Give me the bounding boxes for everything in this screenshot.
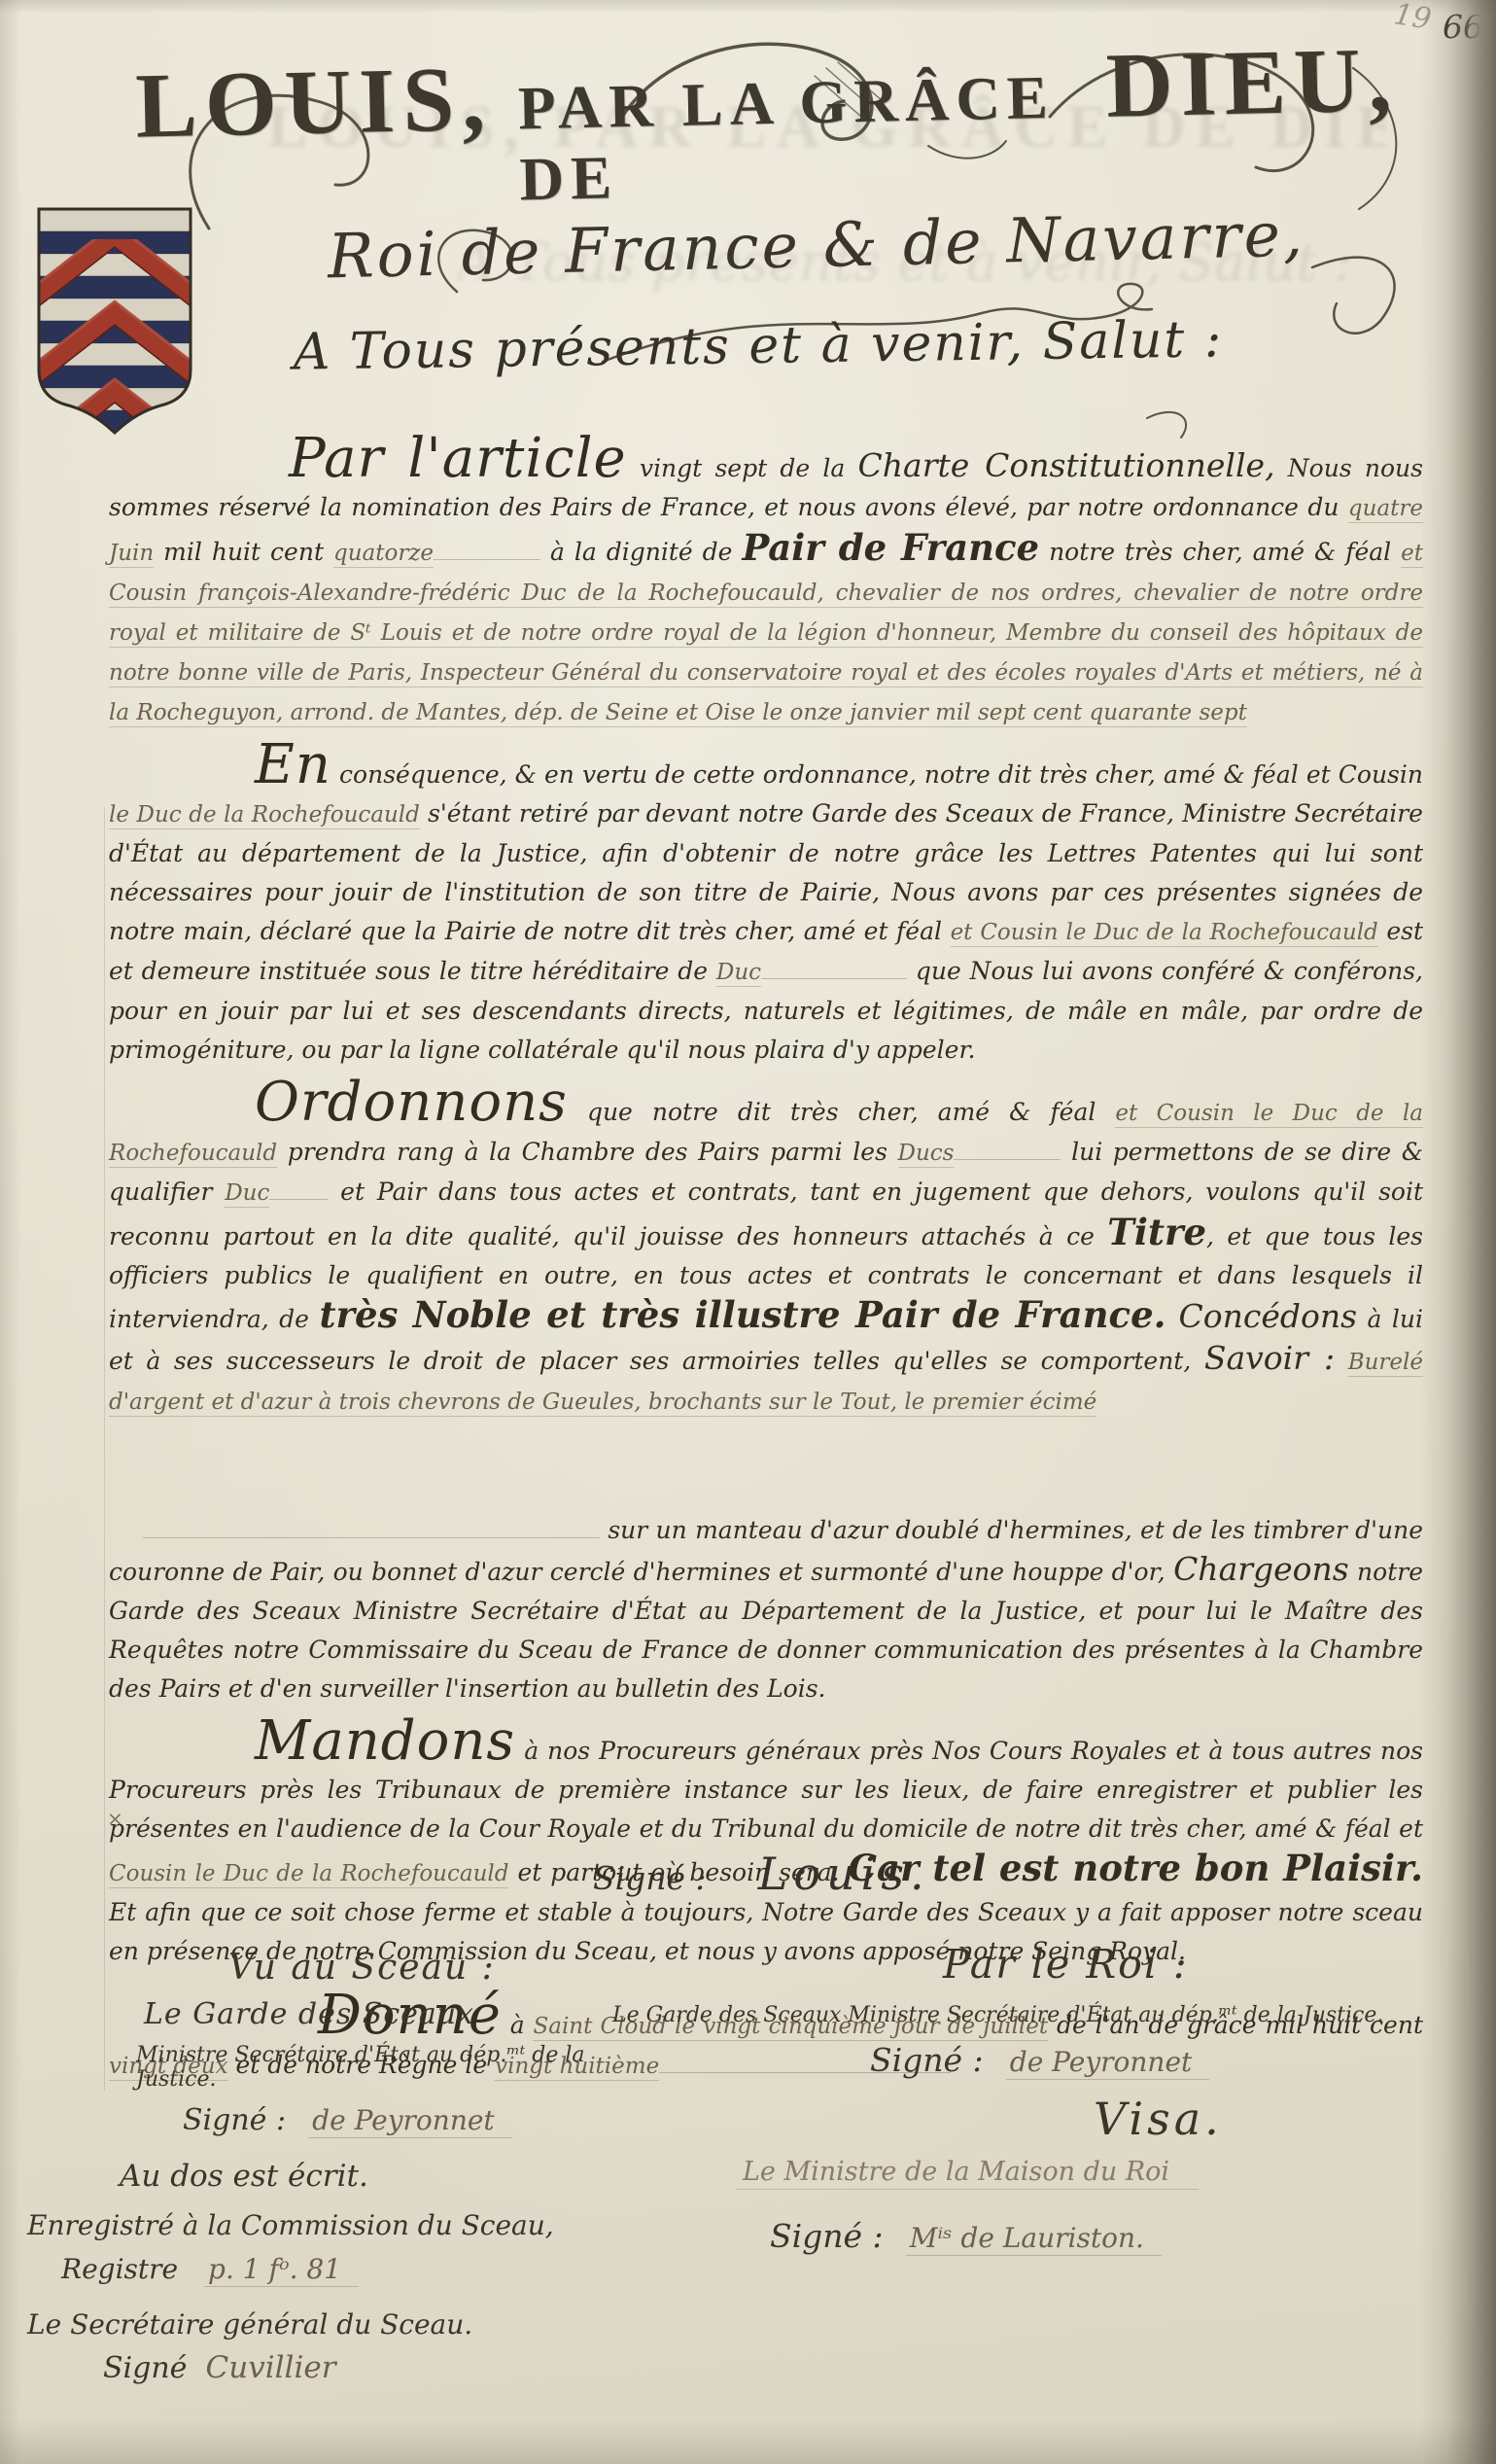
text-segment: Chargeons <box>1173 1550 1349 1588</box>
title-word-louis: LOUIS, <box>134 45 494 159</box>
registration-signed-row: Signé Cuvillier <box>103 2350 620 2385</box>
text-segment: Cousin le Duc de la Rochefoucauld <box>109 1861 508 1888</box>
paragraph: Mandons à nos Procureurs généraux près N… <box>109 1722 1423 1971</box>
salutation-line: A Tous présents et à venir, Salut : <box>156 308 1362 383</box>
blank-rule <box>434 535 540 560</box>
minister-line: Le Ministre de la Maison du Roi <box>737 2157 1199 2190</box>
signed-label: Signé : <box>593 1859 707 1897</box>
minister-signed-row: Signé : Mⁱˢ de Lauriston. <box>770 2217 1478 2255</box>
title-phrase: PAR LA GRÂCE DE <box>517 61 1083 215</box>
text-segment: à la dignité de <box>540 538 742 566</box>
seal-column: Vu au Sceau : Le Garde des Sceaux Minist… <box>136 1948 661 2137</box>
text-segment: notre très cher, amé & féal <box>1039 538 1401 566</box>
registration-line1: Au dos est écrit. <box>120 2159 620 2194</box>
page-title: LOUIS, PAR LA GRÂCE DE DIEU, <box>134 25 1401 223</box>
text-segment: mil huit cent <box>154 538 333 566</box>
coat-of-arms <box>32 204 197 436</box>
paragraph: En conséquence, & en vertu de cette ordo… <box>109 746 1423 1070</box>
text-segment: Ordonnons <box>255 1071 568 1134</box>
blank-rule <box>761 954 907 979</box>
paper-crease <box>104 807 105 2091</box>
blank-rule <box>954 1135 1061 1160</box>
text-segment: Duc <box>225 1180 269 1208</box>
signature-lauriston: Mⁱˢ de Lauriston. <box>906 2222 1162 2256</box>
signature-cuvillier: Cuvillier <box>206 2350 336 2385</box>
text-segment: Pair de France <box>742 526 1039 569</box>
text-segment: très Noble et très illustre Pair de Fran… <box>319 1293 1165 1336</box>
text-segment: En <box>255 733 331 796</box>
registration-line3: Registre p. 1 fᵒ. 81 <box>61 2253 620 2285</box>
registration-line4: Le Secrétaire général du Sceau. <box>27 2308 620 2341</box>
seal-heading: Vu au Sceau : <box>228 1948 661 1988</box>
seal-line1: Le Garde des Sceaux <box>144 1997 661 2031</box>
king-signed-row: Signé : de Peyronnet <box>870 2041 1478 2079</box>
king-column: Par le Roi : Le Garde des Sceaux Ministr… <box>612 1941 1478 2255</box>
signature-peyronnet: de Peyronnet <box>308 2104 512 2138</box>
text-segment: Duc <box>716 960 761 987</box>
blank-rule <box>143 1513 600 1538</box>
king-signature: Louis. <box>758 1848 930 1900</box>
title-word-dieu: DIEU, <box>1105 25 1401 138</box>
signed-label: Signé : <box>183 2103 286 2137</box>
king-heading: Par le Roi : <box>943 1941 1478 1988</box>
text-segment: Par l'article <box>289 427 627 490</box>
text-segment: Concédons <box>1166 1297 1358 1335</box>
register-reference: p. 1 fᵒ. 81 <box>204 2253 359 2287</box>
paragraph: Ordonnons que notre dit très cher, amé &… <box>109 1083 1423 1422</box>
king-line1: Le Garde des Sceaux Ministre Secrétaire … <box>612 2003 1478 2027</box>
register-label: Registre <box>61 2253 178 2285</box>
text-segment: et Cousin le Duc de la Rochefoucauld <box>951 920 1378 947</box>
text-segment: Mandons <box>255 1709 515 1773</box>
seal-signed-row: Signé : de Peyronnet <box>183 2103 661 2137</box>
text-segment <box>1335 1347 1348 1375</box>
margin-mark: × <box>107 1807 123 1830</box>
signed-label: Signé : <box>870 2041 984 2079</box>
text-segment: que notre dit très cher, amé & féal <box>568 1098 1116 1126</box>
manuscript-page: LOUIS, PAR LA GRÂCE DE DIEU, A Tous prés… <box>0 0 1496 2464</box>
text-segment: prendra rang à la Chambre des Pairs parm… <box>277 1138 897 1166</box>
royal-signature: Signé : Louis. <box>593 1848 1176 1900</box>
text-segment: Savoir : <box>1204 1339 1335 1377</box>
blank-rule <box>269 1175 328 1200</box>
seal-line2: Ministre Secrétaire d'État au dép.ᵐᵗ de … <box>136 2043 661 2092</box>
minister-row: Le Ministre de la Maison du Roi <box>737 2157 1478 2190</box>
signature-peyronnet: de Peyronnet <box>1006 2046 1210 2080</box>
text-segment: vingt sept de la <box>627 454 858 482</box>
registration-line2: Enregistré à la Commission du Sceau, <box>27 2209 620 2241</box>
paragraph: Par l'article vingt sept de la Charte Co… <box>109 440 1423 732</box>
signed-label: Signé : <box>770 2217 884 2255</box>
text-segment: Charte Constitutionnelle, <box>858 446 1275 484</box>
text-segment: Titre <box>1107 1211 1206 1253</box>
paragraph: sur un manteau d'azur doublé d'hermines,… <box>109 1511 1423 1708</box>
binding-edge <box>1420 0 1496 2464</box>
text-segment: conséquence, & en vertu de cette ordonna… <box>331 760 1423 789</box>
text-segment: quatorze <box>333 541 434 568</box>
text-segment: le Duc de la Rochefoucauld <box>109 802 420 829</box>
text-segment: Ducs <box>898 1141 955 1168</box>
signed-label: Signé <box>103 2351 187 2385</box>
registration-block: Au dos est écrit. Enregistré à la Commis… <box>27 2159 620 2385</box>
